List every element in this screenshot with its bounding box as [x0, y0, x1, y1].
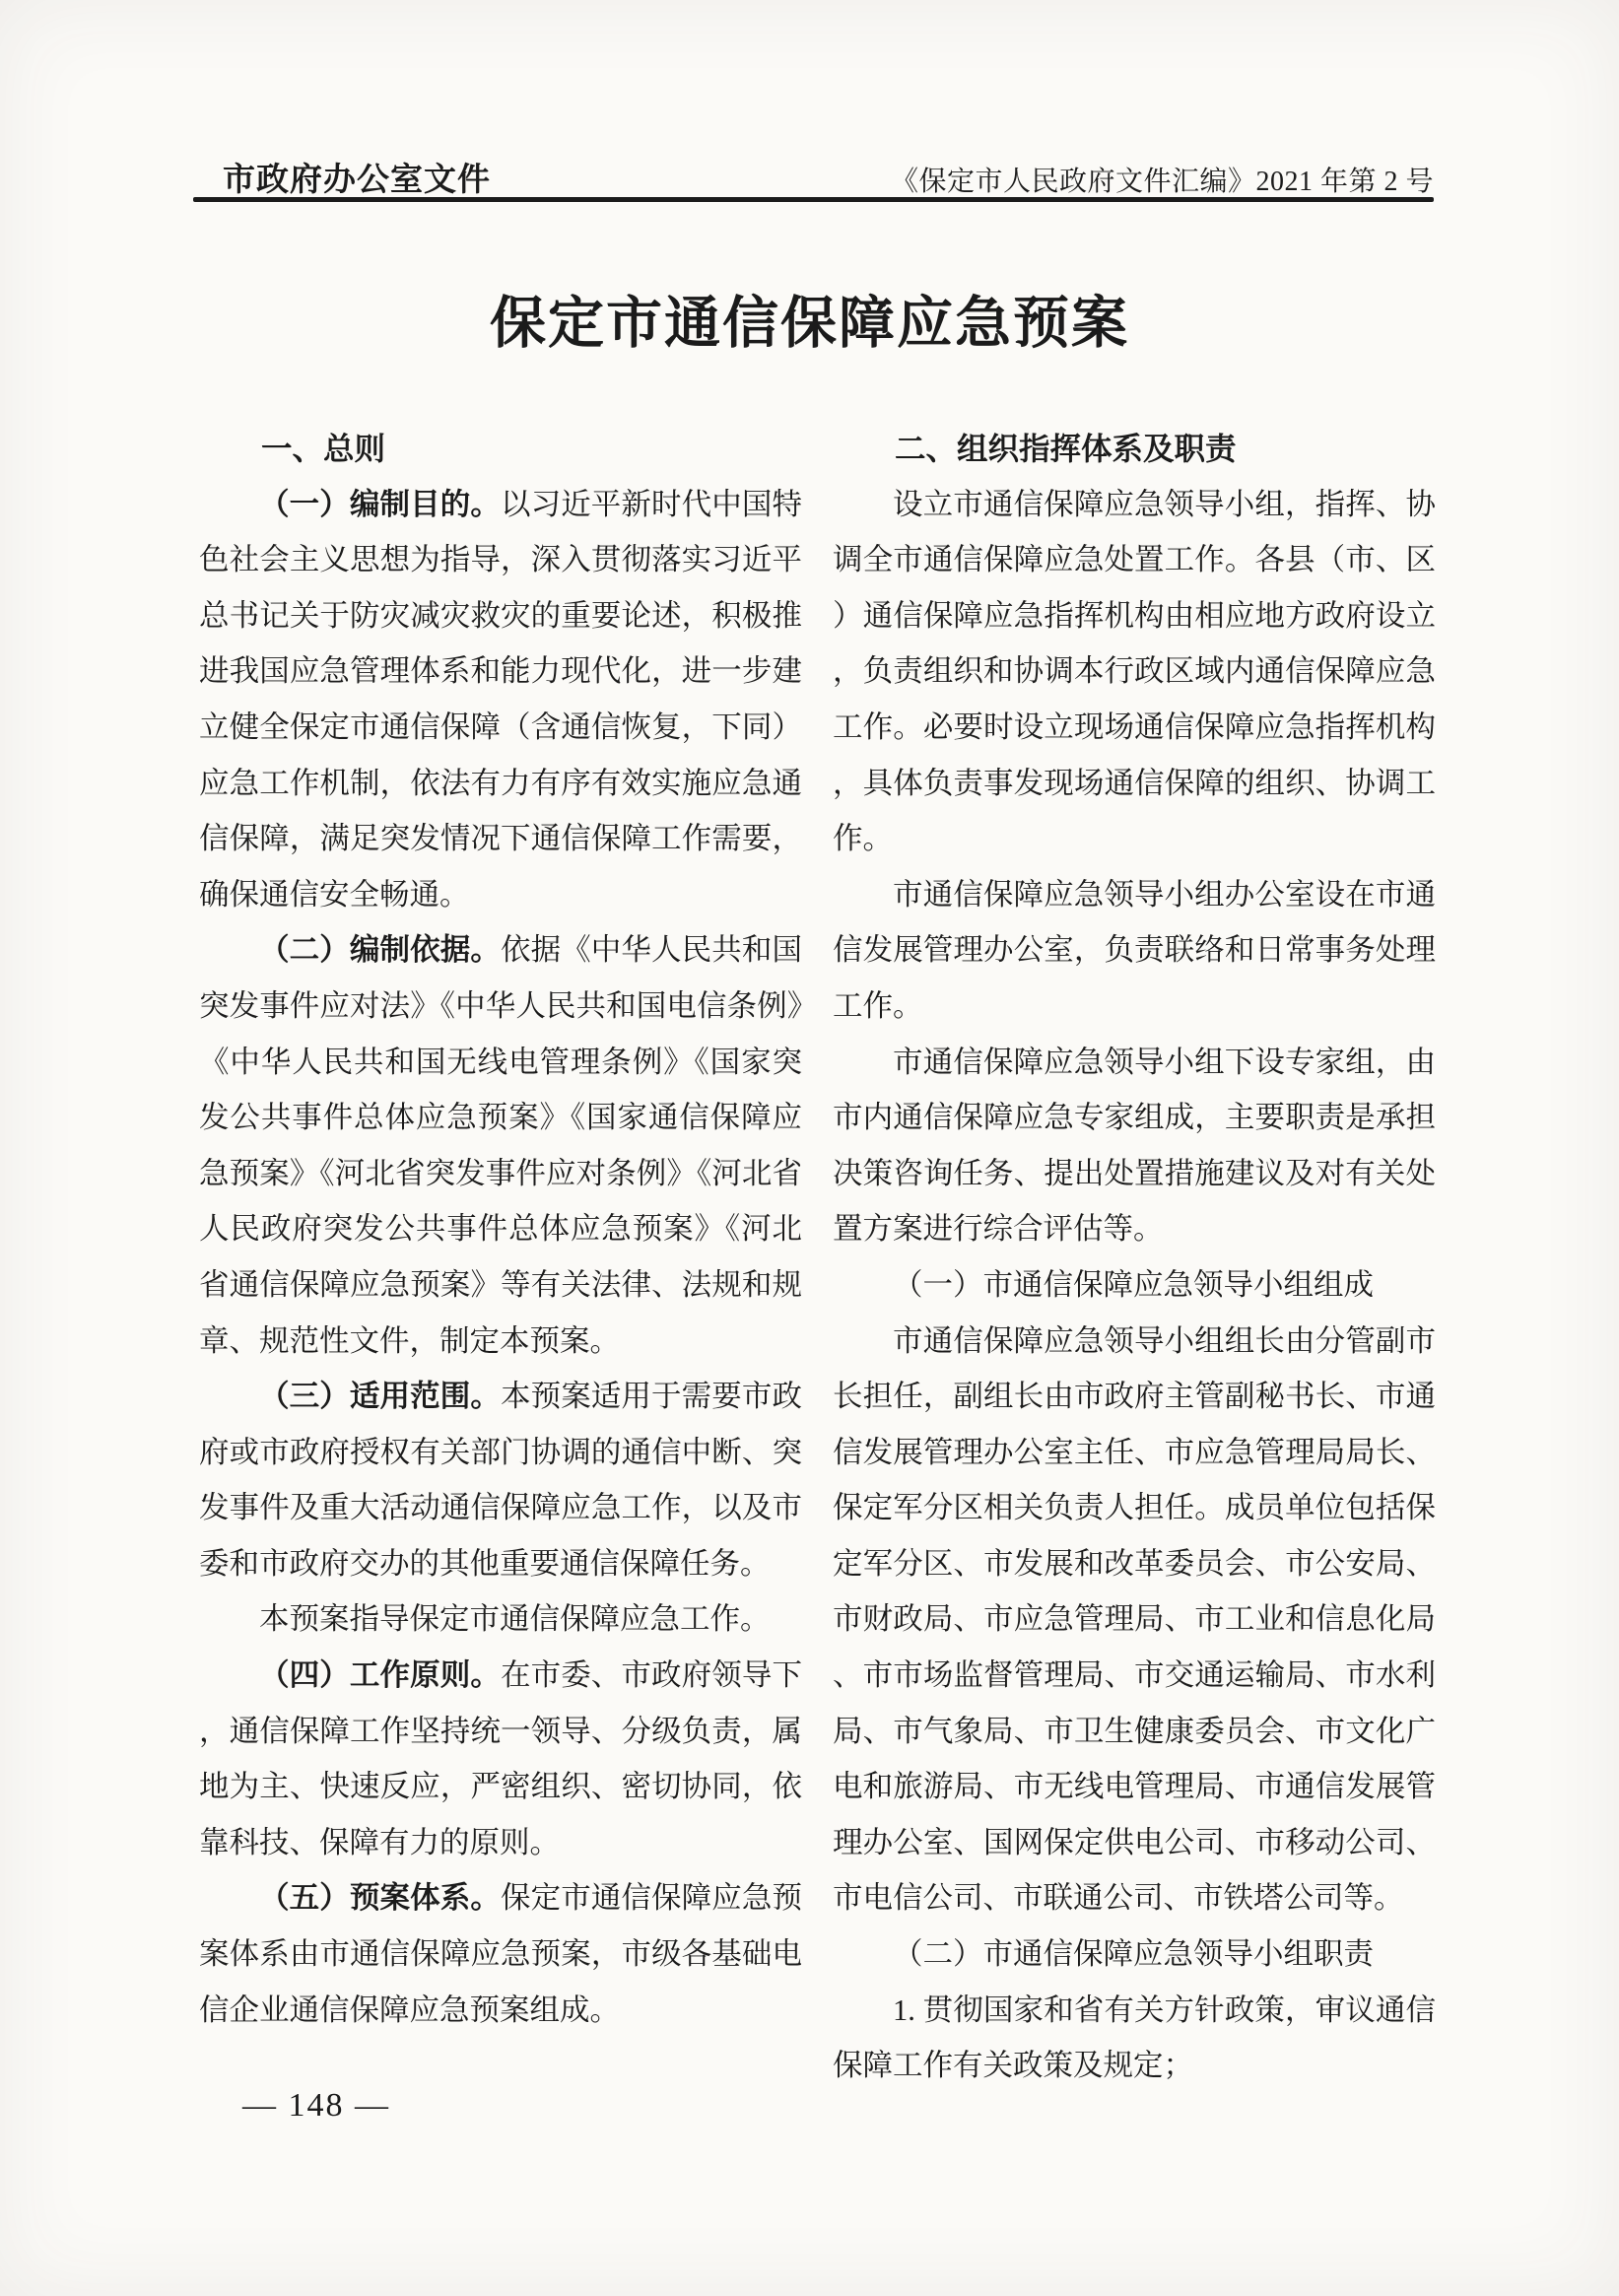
paragraph: 市通信保障应急领导小组下设专家组，由市内通信保障应急专家组成，主要职责是承担决策… — [833, 1035, 1436, 1257]
sub-heading: （一）市通信保障应急领导小组组成 — [833, 1257, 1436, 1314]
document-title: 保定市通信保障应急预案 — [0, 292, 1619, 357]
paragraph-text: 依据《中华人民共和国突发事件应对法》《中华人民共和国电信条例》《中华人民共和国无… — [199, 933, 802, 1357]
paragraph: 市通信保障应急领导小组组长由分管副市长担任，副组长由市政府主管副秘书长、市通信发… — [833, 1314, 1436, 1927]
paragraph-text: 市通信保障应急领导小组下设专家组，由市内通信保障应急专家组成，主要职责是承担决策… — [833, 1046, 1436, 1247]
page-number: — 148 — — [242, 2087, 390, 2125]
paragraph: 本预案指导保定市通信保障应急工作。 — [199, 1591, 802, 1648]
sub-heading: （二）市通信保障应急领导小组职责 — [833, 1926, 1436, 1983]
paragraph-text: 本预案指导保定市通信保障应急工作。 — [259, 1602, 771, 1636]
section-heading: 二、组织指挥体系及职责 — [833, 421, 1436, 477]
paragraph-text: 市通信保障应急领导小组组长由分管副市长担任，副组长由市政府主管副秘书长、市通信发… — [833, 1324, 1436, 1916]
paragraph: 设立市通信保障应急领导小组，指挥、协调全市通信保障应急处置工作。各县（市、区）通… — [833, 477, 1436, 867]
paragraph: （三）适用范围。本预案适用于需要市政府或市政府授权有关部门协调的通信中断、突发事… — [199, 1369, 802, 1591]
paragraph-lead: （二）编制依据。 — [259, 933, 501, 967]
paragraph: 1. 贯彻国家和省有关方针政策，审议通信保障工作有关政策及规定； — [833, 1983, 1436, 2094]
paragraph: 市通信保障应急领导小组办公室设在市通信发展管理办公室，负责联络和日常事务处理工作… — [833, 867, 1436, 1035]
paragraph-text: 1. 贯彻国家和省有关方针政策，审议通信保障工作有关政策及规定； — [833, 1993, 1436, 2083]
paragraph-lead: （一）编制目的。 — [259, 488, 501, 521]
paragraph-text: 市通信保障应急领导小组办公室设在市通信发展管理办公室，负责联络和日常事务处理工作… — [833, 878, 1436, 1023]
paragraph-lead: （三）适用范围。 — [259, 1380, 501, 1413]
right-column: 二、组织指挥体系及职责 设立市通信保障应急领导小组，指挥、协调全市通信保障应急处… — [833, 421, 1436, 2094]
scanned-document-page: 市政府办公室文件 《保定市人民政府文件汇编》2021 年第 2 号 保定市通信保… — [0, 0, 1619, 2296]
paragraph: （五）预案体系。保定市通信保障应急预案体系由市通信保障应急预案，市级各基础电信企… — [199, 1870, 802, 2038]
paragraph: （一）编制目的。以习近平新时代中国特色社会主义思想为指导，深入贯彻落实习近平总书… — [199, 477, 802, 923]
section-heading: 一、总则 — [199, 421, 802, 477]
left-column: 一、总则 （一）编制目的。以习近平新时代中国特色社会主义思想为指导，深入贯彻落实… — [199, 421, 802, 2038]
header-rule — [193, 197, 1434, 202]
header-left-label: 市政府办公室文件 — [223, 154, 491, 200]
paragraph-text: 设立市通信保障应急领导小组，指挥、协调全市通信保障应急处置工作。各县（市、区）通… — [833, 488, 1436, 856]
header-right-label: 《保定市人民政府文件汇编》2021 年第 2 号 — [891, 160, 1434, 199]
paragraph: （四）工作原则。在市委、市政府领导下，通信保障工作坚持统一领导、分级负责，属地为… — [199, 1648, 802, 1870]
paragraph-lead: （五）预案体系。 — [259, 1881, 501, 1915]
paragraph-lead: （四）工作原则。 — [259, 1658, 501, 1692]
paragraph: （二）编制依据。依据《中华人民共和国突发事件应对法》《中华人民共和国电信条例》《… — [199, 922, 802, 1369]
paragraph-text: 以习近平新时代中国特色社会主义思想为指导，深入贯彻落实习近平总书记关于防灾减灾救… — [199, 488, 802, 912]
